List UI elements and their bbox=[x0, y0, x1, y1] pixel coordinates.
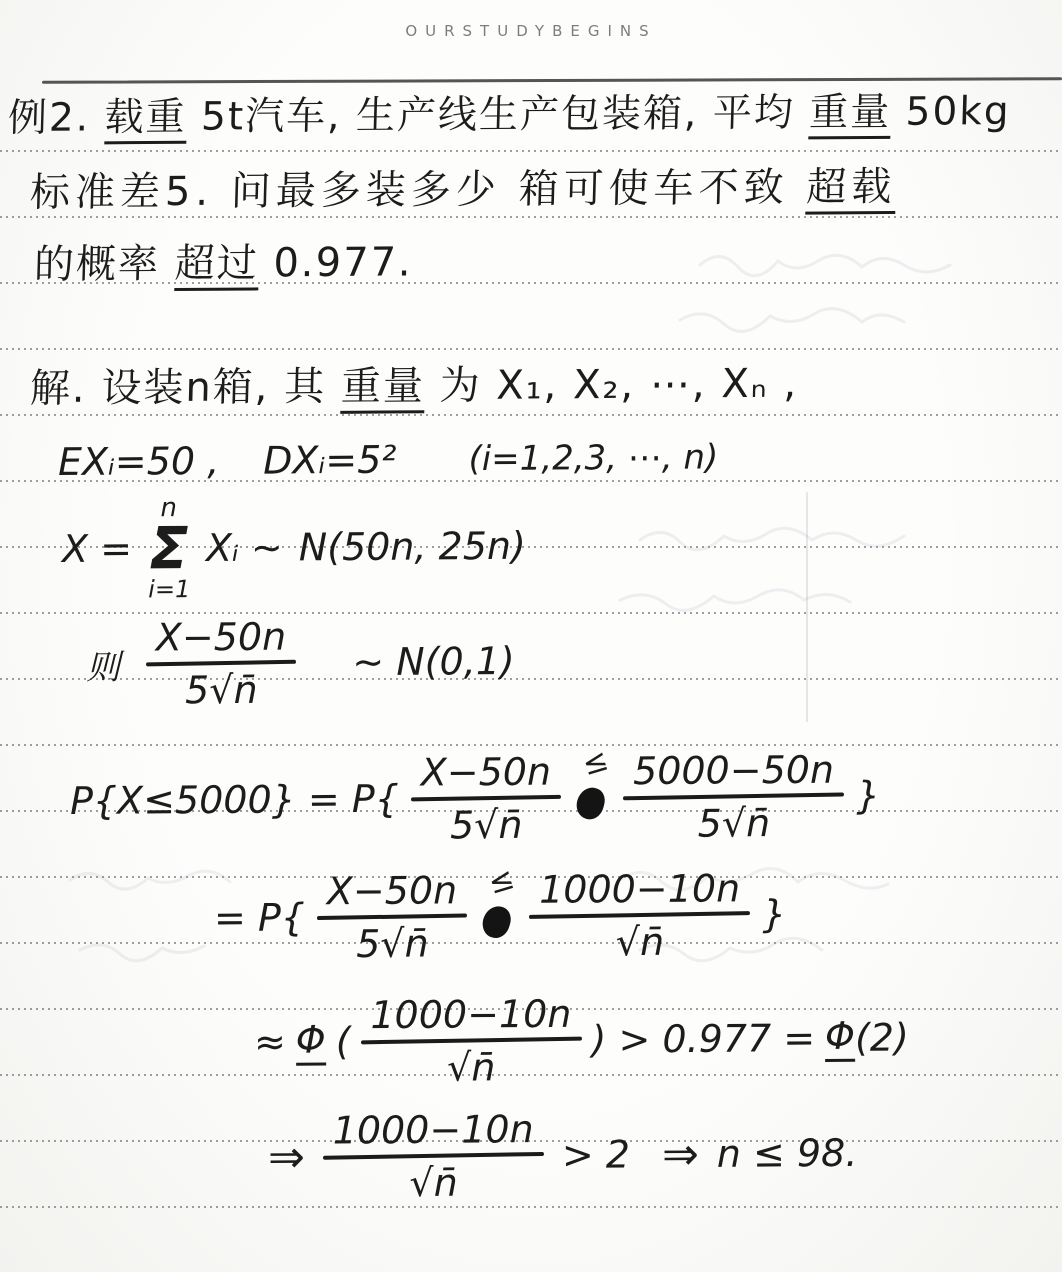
math-line-probability-1: P{X≤5000} = P{ X−50n 5√n̄ ≤ 5000−50n 5√n… bbox=[70, 736, 881, 860]
problem-line-3: 的概率 超过 0.977. bbox=[33, 239, 413, 288]
math-text: (i=1,2,3, ⋯, n) bbox=[468, 437, 718, 479]
implies-arrow: ⇒ bbox=[662, 1128, 699, 1179]
fraction-numerator: X−50n bbox=[317, 868, 468, 915]
math-text: ≈ bbox=[254, 1020, 286, 1064]
math-text: Xᵢ ∼ bbox=[206, 525, 283, 570]
fraction-numerator: 1000−10n bbox=[323, 1107, 544, 1155]
fraction-numerator: 1000−10n bbox=[529, 866, 750, 914]
math-text: ∼ N(0,1) bbox=[352, 639, 515, 684]
sum-lower-limit: i=1 bbox=[148, 577, 190, 601]
fraction: X−50n 5√n̄ bbox=[411, 749, 562, 847]
fraction: X−50n 5√n̄ bbox=[317, 868, 468, 966]
math-text: EXᵢ=50 , bbox=[58, 439, 219, 484]
math-text: N(50n, 25n) bbox=[299, 524, 526, 570]
math-text: = P{ bbox=[214, 895, 305, 940]
solution-text: 解. 设装n箱, 其 bbox=[29, 364, 326, 412]
problem-text: 的概率 bbox=[33, 241, 160, 288]
solution-text: 为 X₁, X₂, ⋯, Xₙ , bbox=[439, 361, 799, 410]
summation-symbol: n Σ i=1 bbox=[148, 496, 191, 601]
problem-text: 重量 bbox=[808, 90, 891, 140]
fraction-denominator: √n̄ bbox=[437, 1042, 506, 1089]
problem-text: 超载 bbox=[806, 164, 897, 215]
ruled-line bbox=[0, 150, 1062, 152]
problem-text: 0.977. bbox=[273, 239, 414, 286]
problem-text: 生产线生产包装箱, bbox=[355, 91, 699, 138]
fraction-numerator: 5000−50n bbox=[623, 747, 844, 795]
fraction-denominator: 5√n̄ bbox=[687, 798, 780, 846]
fraction-numerator: X−50n bbox=[146, 614, 297, 661]
fraction-denominator: √n̄ bbox=[606, 916, 675, 963]
fraction: 1000−10n √n̄ bbox=[529, 866, 751, 965]
ruled-line bbox=[0, 414, 1062, 416]
phi-symbol: Φ bbox=[825, 1014, 855, 1062]
problem-text: 箱可使车不致 bbox=[518, 165, 789, 213]
math-text: > 2 bbox=[562, 1132, 630, 1176]
fraction-denominator: 5√n̄ bbox=[346, 918, 439, 966]
less-equal-mark: ≤ bbox=[485, 861, 519, 902]
math-text: P{X≤5000} = P{ bbox=[70, 777, 399, 823]
math-line-phi-approximation: ≈ Φ ( 1000−10n √n̄ ) > 0.977 = Φ (2) bbox=[254, 981, 910, 1098]
then-label: 则 bbox=[86, 639, 120, 688]
problem-text: 问最多装多少 bbox=[230, 167, 501, 215]
fraction-numerator: 1000−10n bbox=[360, 991, 581, 1039]
math-line-conclusion: ⇒ 1000−10n √n̄ > 2 ⇒ n ≤ 98. bbox=[268, 1094, 858, 1216]
ruled-line bbox=[0, 216, 1062, 218]
problem-text: 50kg bbox=[905, 89, 1011, 135]
fraction: 1000−10n √n̄ bbox=[360, 991, 582, 1090]
math-text: DXᵢ=5² bbox=[263, 438, 397, 483]
problem-line-1: 例2. 载重 5t汽车, 生产线生产包装箱, 平均 重量 50kg bbox=[7, 90, 1011, 142]
math-line-expectation: EXᵢ=50 , DXᵢ=5² (i=1,2,3, ⋯, n) bbox=[58, 425, 719, 494]
fraction-denominator: 5√n̄ bbox=[175, 664, 268, 712]
sigma-icon: Σ bbox=[149, 522, 189, 577]
notebook-brand-header: OURSTUDYBEGINS bbox=[0, 22, 1062, 40]
example-label: 例2. bbox=[7, 95, 90, 141]
fraction-numerator: X−50n bbox=[411, 749, 562, 796]
solution-line-setup: 解. 设装n箱, 其 重量 为 X₁, X₂, ⋯, Xₙ , bbox=[29, 361, 799, 412]
problem-line-2: 标准差5. 问最多装多少 箱可使车不致 超载 bbox=[29, 164, 897, 216]
ruled-line bbox=[0, 348, 1062, 350]
paper-crease bbox=[806, 492, 808, 722]
ink-scribble-correction: ≤ bbox=[575, 775, 609, 819]
fraction: 1000−10n √n̄ bbox=[323, 1107, 545, 1206]
math-line-sum-distribution: X = n Σ i=1 Xᵢ ∼ N(50n, 25n) bbox=[62, 492, 527, 603]
math-line-probability-2: = P{ X−50n 5√n̄ ≤ 1000−10n √n̄ } bbox=[214, 858, 787, 974]
fraction-denominator: √n̄ bbox=[399, 1157, 468, 1204]
problem-text: 载重 bbox=[104, 95, 187, 145]
math-text: } bbox=[762, 892, 786, 936]
math-text: (2) bbox=[855, 1015, 909, 1059]
implies-arrow: ⇒ bbox=[268, 1131, 305, 1182]
notebook-page: OURSTUDYBEGINS 例2. 载重 5t汽车, 生产线生产包装箱, 平均… bbox=[0, 0, 1062, 1272]
top-rule-line bbox=[42, 77, 1062, 84]
problem-text: 标准差5. bbox=[29, 169, 213, 216]
problem-text: 超过 bbox=[174, 240, 259, 291]
phi-symbol: Φ bbox=[296, 1017, 326, 1065]
math-text: } bbox=[856, 773, 880, 817]
fraction: X−50n 5√n̄ bbox=[146, 614, 297, 712]
ink-blob bbox=[480, 903, 515, 941]
math-text: ) > 0.977 = bbox=[591, 1016, 815, 1062]
fraction: 5000−50n 5√n̄ bbox=[623, 747, 845, 846]
math-text: n ≤ 98. bbox=[717, 1131, 858, 1176]
math-text: ( bbox=[336, 1019, 351, 1063]
less-equal-mark: ≤ bbox=[579, 742, 613, 783]
solution-text: 重量 bbox=[340, 363, 425, 414]
ink-blob bbox=[573, 784, 608, 822]
ink-scribble-correction: ≤ bbox=[481, 894, 515, 938]
fraction-denominator: 5√n̄ bbox=[440, 799, 533, 847]
problem-text: 平均 bbox=[712, 91, 795, 137]
problem-text: 5t汽车, bbox=[200, 94, 342, 140]
math-text: X = bbox=[62, 527, 132, 571]
math-line-standardized: 则 X−50n 5√n̄ ∼ N(0,1) bbox=[86, 611, 515, 714]
